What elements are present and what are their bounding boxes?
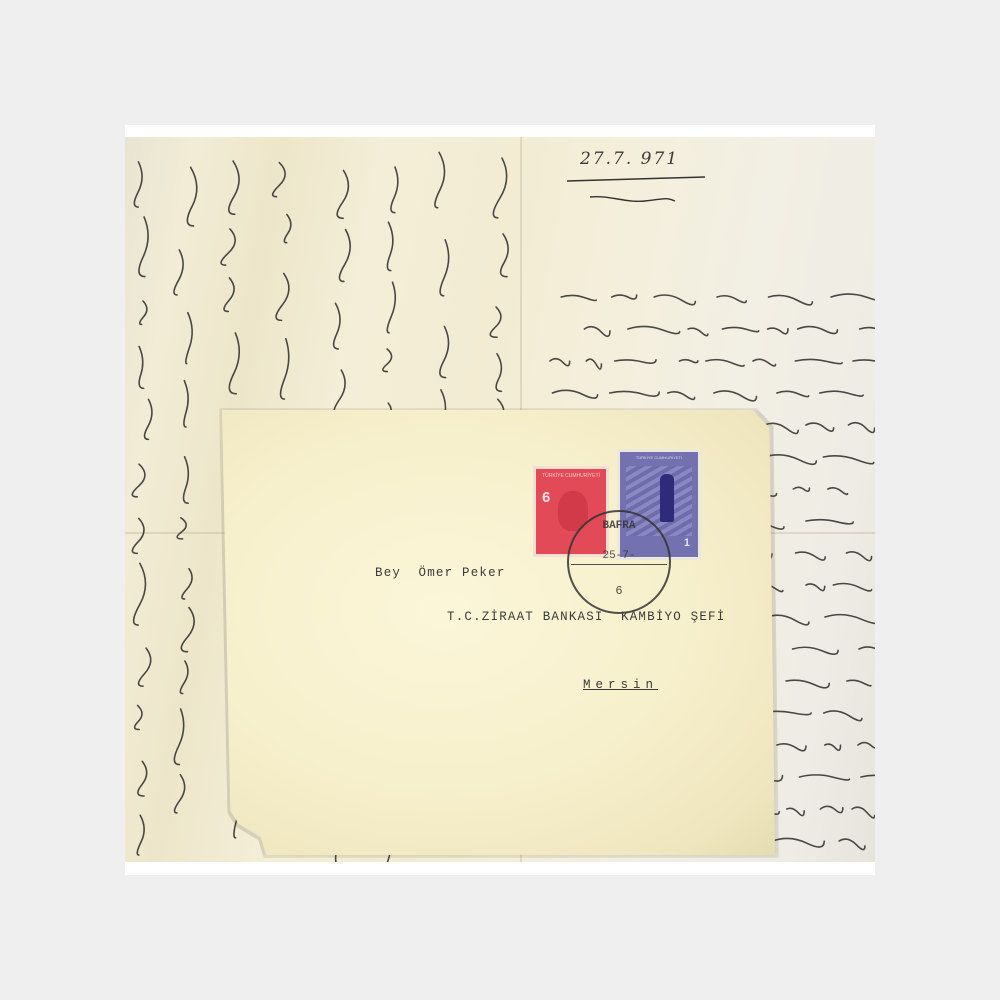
addressee-line: Bey Ömer Peker xyxy=(375,566,506,580)
city-line: Mersin xyxy=(583,678,658,692)
institution-line: T.C.ZİRAAT BANKASI KAMBİYO ŞEFİ xyxy=(447,610,725,624)
postmark-divider xyxy=(571,564,667,565)
date-underline xyxy=(565,173,715,213)
postmark-city: BAFRA xyxy=(569,520,669,532)
worker-figure-icon xyxy=(660,474,674,522)
postmark-date: 25-7- xyxy=(569,550,669,562)
letter-date-note: 27.7. 971 xyxy=(580,149,679,169)
stamp-header: TÜRKİYE CUMHURİYETİ xyxy=(540,473,602,479)
postmark-number: 6 xyxy=(569,584,669,598)
stamp-header: TÜRKİYE CUMHURİYETİ xyxy=(623,455,695,460)
postmark: BAFRA 25-7- 6 xyxy=(567,510,671,614)
stamp-value: 6 xyxy=(542,489,550,506)
stamp-value: 1 xyxy=(684,537,690,549)
